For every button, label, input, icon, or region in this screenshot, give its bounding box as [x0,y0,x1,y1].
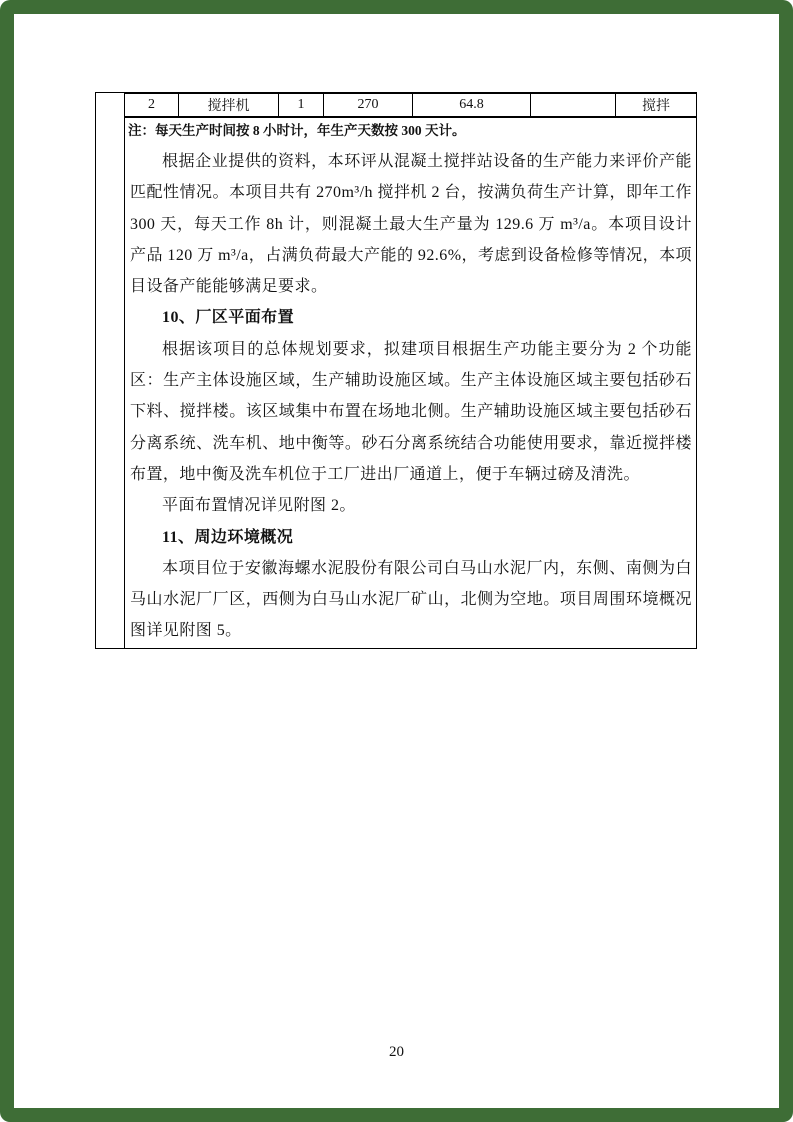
cell-blank [531,94,616,116]
paragraph-surroundings: 本项目位于安徽海螺水泥股份有限公司白马山水泥厂内，东侧、南侧为白马山水泥厂厂区，… [130,553,692,647]
report-body-text: 根据企业提供的资料，本环评从混凝土搅拌站设备的生产能力来评价产能匹配性情况。本项… [125,143,696,647]
section-heading-10: 10、厂区平面布置 [130,302,692,333]
paragraph-capacity-analysis: 根据企业提供的资料，本环评从混凝土搅拌站设备的生产能力来评价产能匹配性情况。本项… [130,146,692,302]
page-number: 20 [0,1044,793,1061]
report-table-frame: 2 搅拌机 1 270 64.8 搅拌 注：每天生产时间按 8 小时计，年生产天… [95,92,697,649]
equipment-table-row: 2 搅拌机 1 270 64.8 搅拌 [125,93,696,118]
cell-serial-number: 2 [125,94,179,116]
cell-power: 64.8 [413,94,531,116]
document-page: 2 搅拌机 1 270 64.8 搅拌 注：每天生产时间按 8 小时计，年生产天… [0,0,793,1122]
table-footnote: 注：每天生产时间按 8 小时计，年生产天数按 300 天计。 [125,118,696,143]
paragraph-plant-layout: 根据该项目的总体规划要求，拟建项目根据生产功能主要分为 2 个功能区：生产主体设… [130,334,692,490]
table-content-column: 2 搅拌机 1 270 64.8 搅拌 注：每天生产时间按 8 小时计，年生产天… [125,93,696,648]
table-left-gutter-column [96,93,125,648]
paragraph-layout-figure-ref: 平面布置情况详见附图 2。 [130,490,692,521]
cell-use: 搅拌 [616,94,696,116]
cell-capacity: 270 [324,94,413,116]
cell-equipment-name: 搅拌机 [179,94,279,116]
section-heading-11: 11、周边环境概况 [130,522,692,553]
cell-quantity: 1 [279,94,324,116]
